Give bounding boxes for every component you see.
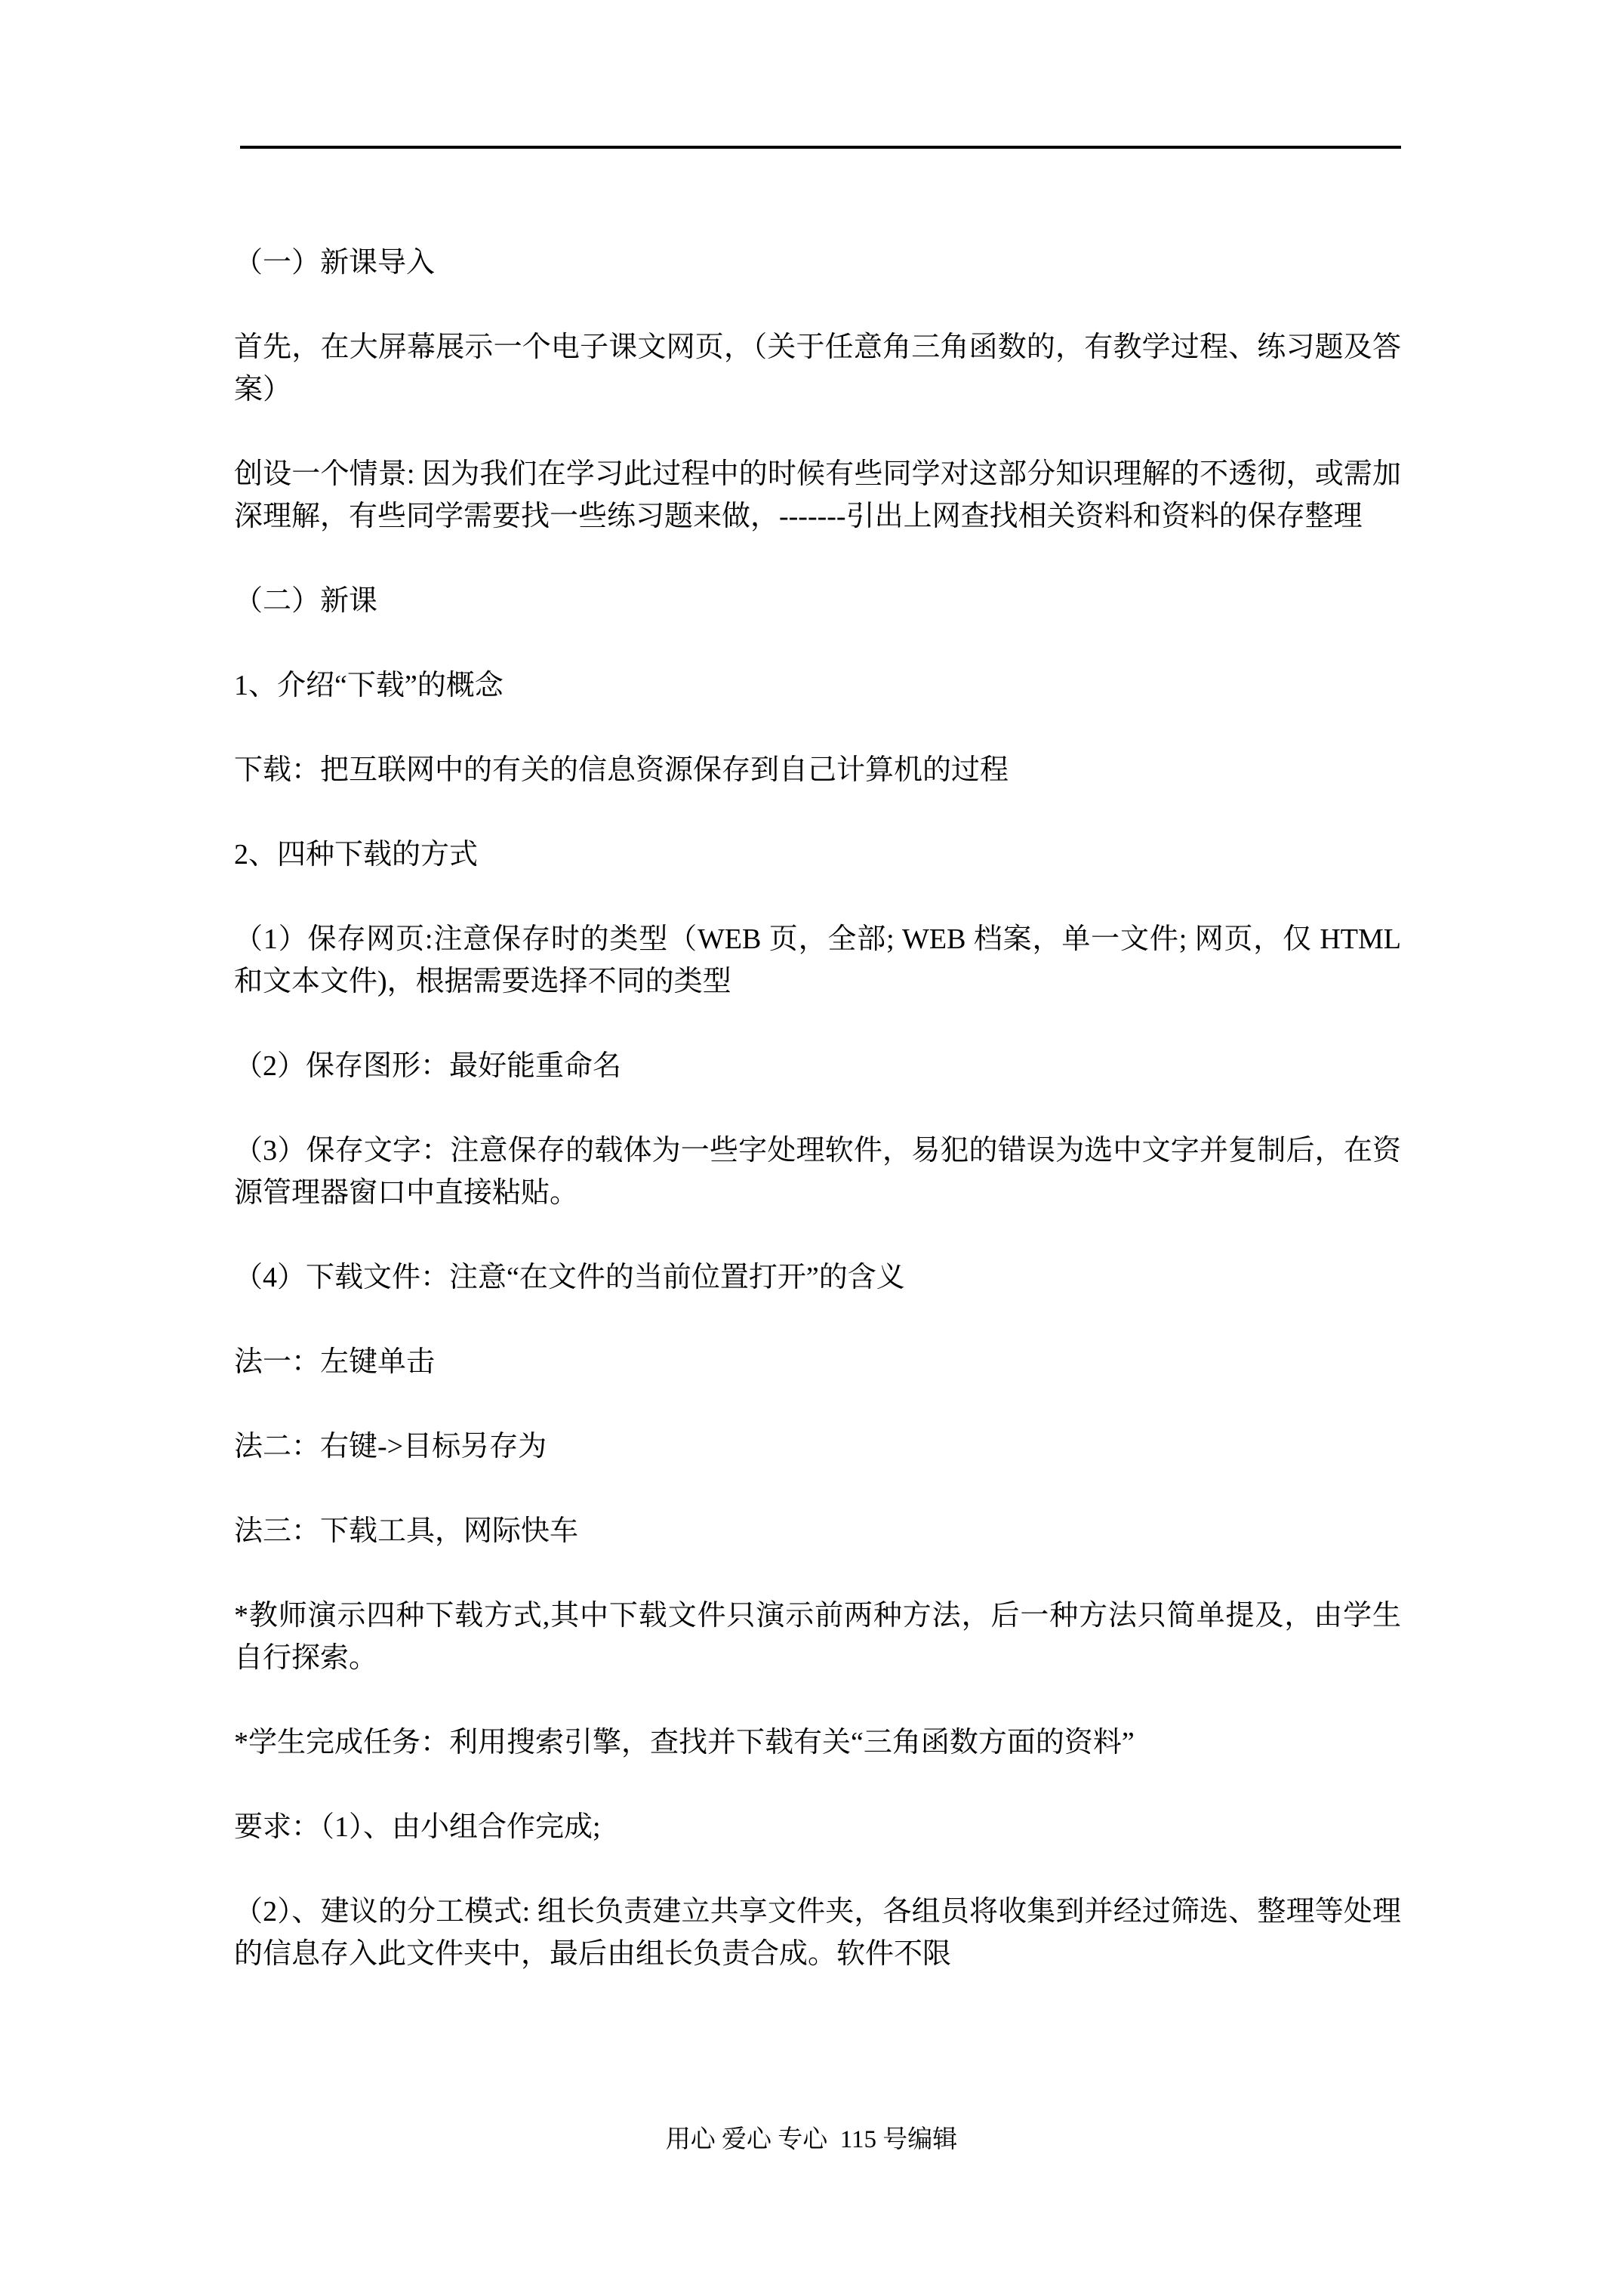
- item-1-download-concept: 1、介绍“下载”的概念: [234, 664, 1401, 707]
- method-1-save-webpage: （1）保存网页:注意保存时的类型（WEB 页，全部; WEB 档案，单一文件; …: [234, 918, 1401, 1003]
- paragraph-download-definition: 下载：把互联网中的有关的信息资源保存到自己计算机的过程: [234, 749, 1401, 791]
- section-2-heading: （二）新课: [234, 580, 1401, 622]
- method-3-save-text: （3）保存文字：注意保存的载体为一些字处理软件，易犯的错误为选中文字并复制后，在…: [234, 1130, 1401, 1214]
- document-body: （一）新课导入 首先，在大屏幕展示一个电子课文网页，（关于任意角三角函数的，有教…: [234, 242, 1401, 2017]
- note-student-task: *学生完成任务：利用搜索引擎，查找并下载有关“三角函数方面的资料”: [234, 1721, 1401, 1764]
- paragraph-scenario: 创设一个情景: 因为我们在学习此过程中的时候有些同学对这部分知识理解的不透彻，或…: [234, 453, 1401, 538]
- note-teacher-demo: *教师演示四种下载方式,其中下载文件只演示前两种方法，后一种方法只简单提及，由学…: [234, 1595, 1401, 1679]
- method-4-download-file: （4）下载文件：注意“在文件的当前位置打开”的含义: [234, 1256, 1401, 1299]
- page-footer: 用心 爱心 专心 115 号编辑: [0, 2123, 1623, 2156]
- way-3-download-tool: 法三：下载工具，网际快车: [234, 1510, 1401, 1552]
- requirement-2: （2）、建议的分工模式: 组长负责建立共享文件夹，各组员将收集到并经过筛选、整理…: [234, 1891, 1401, 1975]
- method-2-save-image: （2）保存图形：最好能重命名: [234, 1045, 1401, 1087]
- section-1-heading: （一）新课导入: [234, 242, 1401, 284]
- document-page: （一）新课导入 首先，在大屏幕展示一个电子课文网页，（关于任意角三角函数的，有教…: [0, 0, 1623, 2296]
- header-rule: [240, 146, 1401, 149]
- way-1-left-click: 法一：左键单击: [234, 1341, 1401, 1383]
- item-2-download-methods: 2、四种下载的方式: [234, 834, 1401, 876]
- paragraph-intro-display: 首先，在大屏幕展示一个电子课文网页，（关于任意角三角函数的，有教学过程、练习题及…: [234, 326, 1401, 411]
- requirement-1: 要求：（1）、由小组合作完成;: [234, 1806, 1401, 1848]
- way-2-right-click-save-as: 法二：右键->目标另存为: [234, 1425, 1401, 1468]
